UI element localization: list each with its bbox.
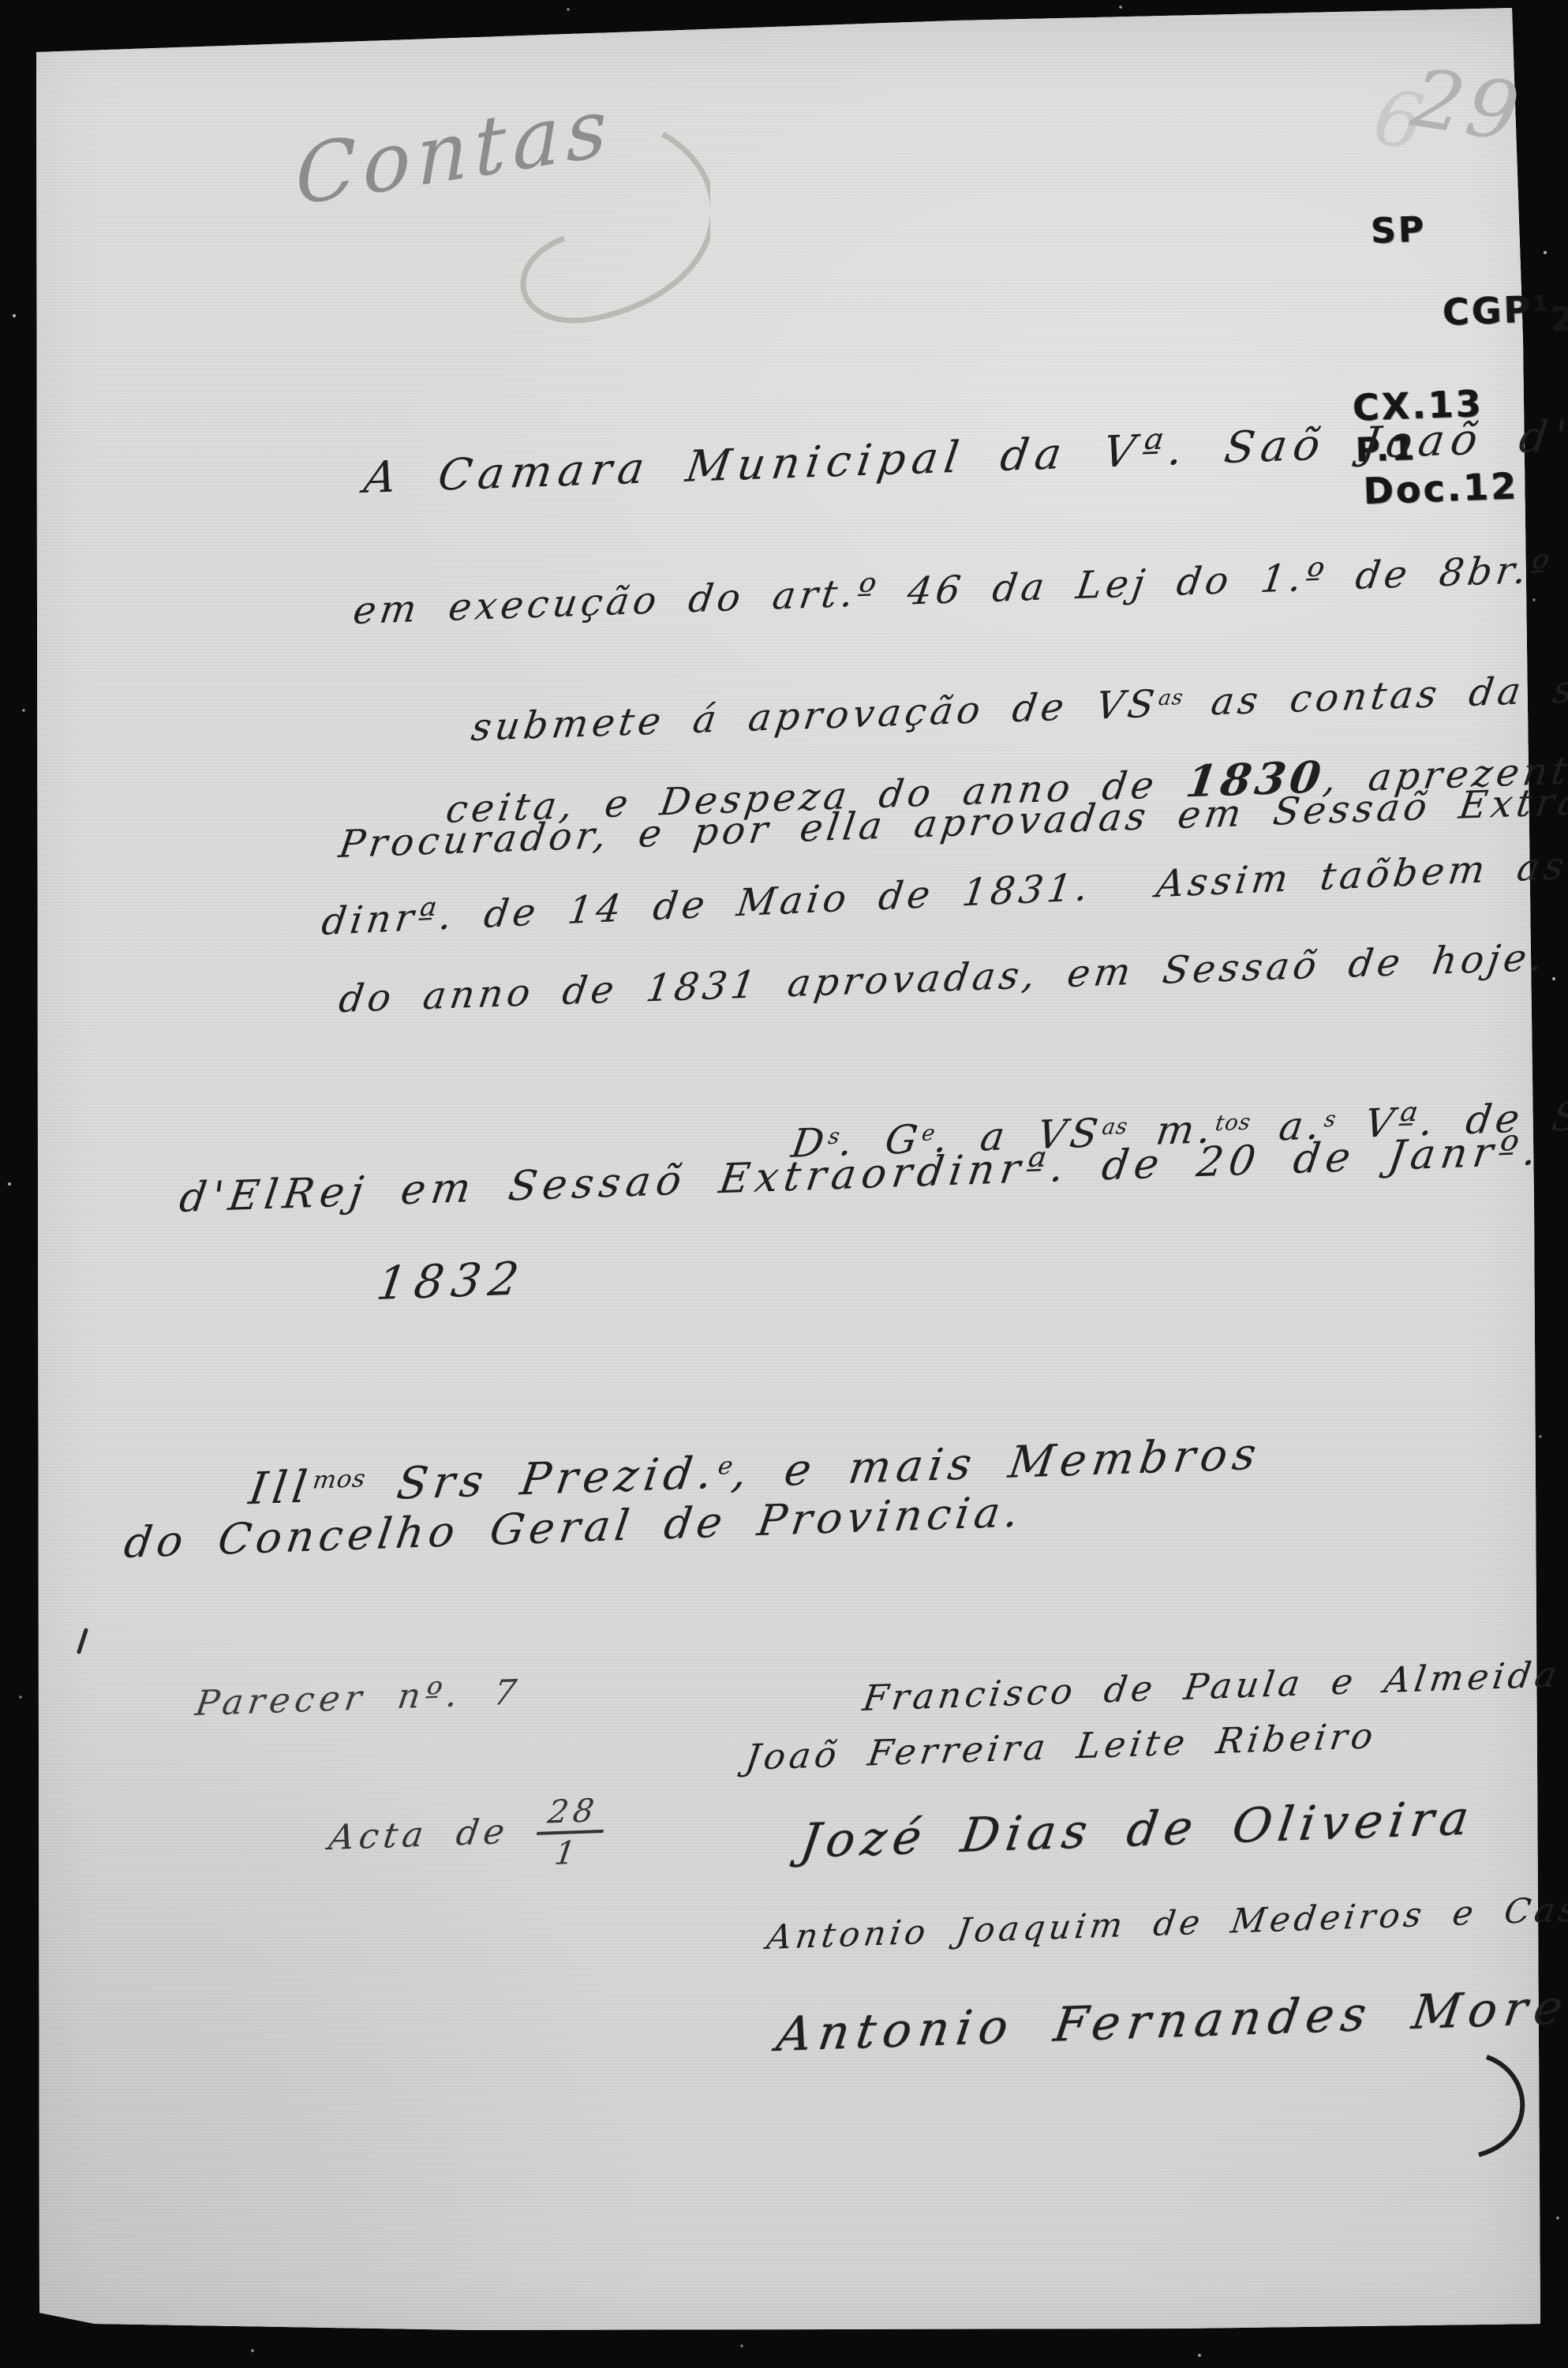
margin-note-acta: Acta de 281: [204, 1756, 615, 1920]
stamp-line-sp: SP: [1371, 208, 1568, 249]
stamp-line-doc: Doc.12: [1363, 465, 1568, 509]
scanned-document-background: Contas 6 29 SP CGP12 CX.13 P.1 Doc.12 A …: [0, 0, 1568, 2368]
pencil-page-number: 29: [1407, 58, 1527, 155]
stamp-line-cgp: CGP12: [1351, 253, 1568, 380]
closing-year-1832: 1832: [373, 1253, 530, 1309]
acta-date-fraction: 281: [532, 1794, 608, 1870]
